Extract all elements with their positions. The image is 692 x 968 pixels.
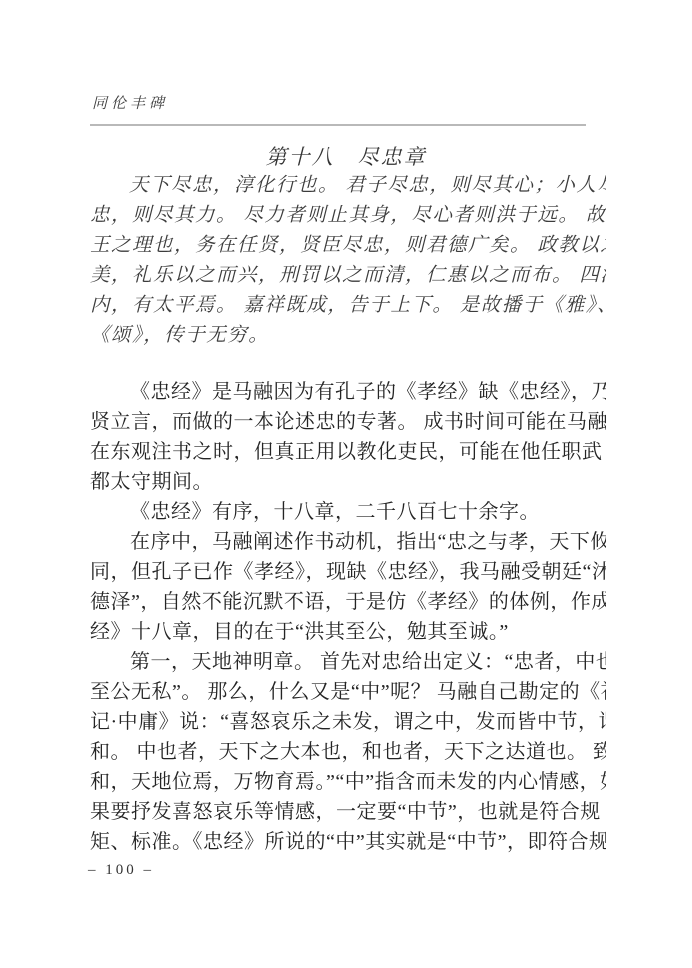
text-line: 经》十八章，目的在于“洪其至公，勉其至诚。” bbox=[90, 617, 606, 647]
commentary-paragraph: 《忠经》有序，十八章，二千八百七十余字。 bbox=[90, 497, 606, 527]
text-line: 贤立言，而做的一本论述忠的专著。 成书时间可能在马融 bbox=[90, 407, 606, 437]
text-line: 同，但孔子已作《孝经》，现缺《忠经》，我马融受朝廷“沐浴 bbox=[90, 557, 606, 587]
text-line: 和。 中也者，天下之大本也，和也者，天下之达道也。 致中 bbox=[90, 737, 606, 767]
book-page: { "header": { "running_head": "同伦丰碑" }, … bbox=[0, 0, 692, 968]
commentary-paragraph: 《忠经》是马融因为有孔子的《孝经》缺《忠经》，乃代圣 贤立言，而做的一本论述忠的… bbox=[90, 377, 606, 497]
text-line: 天下尽忠，淳化行也。 君子尽忠，则尽其心；小人尽 bbox=[90, 171, 606, 201]
text-line: 忠，则尽其力。 尽力者则止其身，尽心者则洪于远。 故明 bbox=[90, 201, 606, 231]
text-line: 在东观注书之时，但真正用以教化吏民，可能在他任职武 bbox=[90, 437, 606, 467]
page-number: – 100 – bbox=[88, 862, 154, 879]
chapter-title: 第十八 尽忠章 bbox=[90, 141, 602, 171]
commentary-paragraph: 第一，天地神明章。 首先对忠给出定义：“忠者，中也， 至公无私”。 那么，什么又… bbox=[90, 647, 606, 857]
scripture-quote-block: 天下尽忠，淳化行也。 君子尽忠，则尽其心；小人尽 忠，则尽其力。 尽力者则止其身… bbox=[90, 171, 606, 351]
text-line: 《忠经》是马融因为有孔子的《孝经》缺《忠经》，乃代圣 bbox=[90, 377, 606, 407]
commentary-block: 《忠经》是马融因为有孔子的《孝经》缺《忠经》，乃代圣 贤立言，而做的一本论述忠的… bbox=[90, 377, 606, 857]
text-line: 德泽”，自然不能沉默不语，于是仿《孝经》的体例，作成《忠 bbox=[90, 587, 606, 617]
text-line: 第一，天地神明章。 首先对忠给出定义：“忠者，中也， bbox=[90, 647, 606, 677]
header-rule bbox=[90, 124, 586, 126]
commentary-paragraph: 在序中，马融阐述作书动机，指出“忠之与孝，天下攸 同，但孔子已作《孝经》，现缺《… bbox=[90, 527, 606, 647]
running-head: 同伦丰碑 bbox=[92, 92, 168, 113]
text-line: 矩、标准。《忠经》所说的“中”其实就是“中节”，即符合规 bbox=[90, 827, 606, 857]
text-line: 《忠经》有序，十八章，二千八百七十余字。 bbox=[90, 497, 606, 527]
text-line: 果要抒发喜怒哀乐等情感，一定要“中节”，也就是符合规 bbox=[90, 797, 606, 827]
text-line: 都太守期间。 bbox=[90, 467, 606, 497]
text-line: 在序中，马融阐述作书动机，指出“忠之与孝，天下攸 bbox=[90, 527, 606, 557]
text-line: 记·中庸》说：“喜怒哀乐之未发，谓之中，发而皆中节，谓之 bbox=[90, 707, 606, 737]
text-line: 内，有太平焉。 嘉祥既成，告于上下。 是故播于《雅》、 bbox=[90, 291, 606, 321]
text-line: 至公无私”。 那么，什么又是“中”呢？ 马融自己勘定的《礼 bbox=[90, 677, 606, 707]
text-line: 王之理也，务在任贤，贤臣尽忠，则君德广矣。 政教以之而 bbox=[90, 231, 606, 261]
text-line: 《颂》，传于无穷。 bbox=[90, 321, 606, 351]
text-line: 和，天地位焉，万物育焉。”“中”指含而未发的内心情感，如 bbox=[90, 767, 606, 797]
text-line: 美，礼乐以之而兴，刑罚以之而清，仁惠以之而布。 四海之 bbox=[90, 261, 606, 291]
